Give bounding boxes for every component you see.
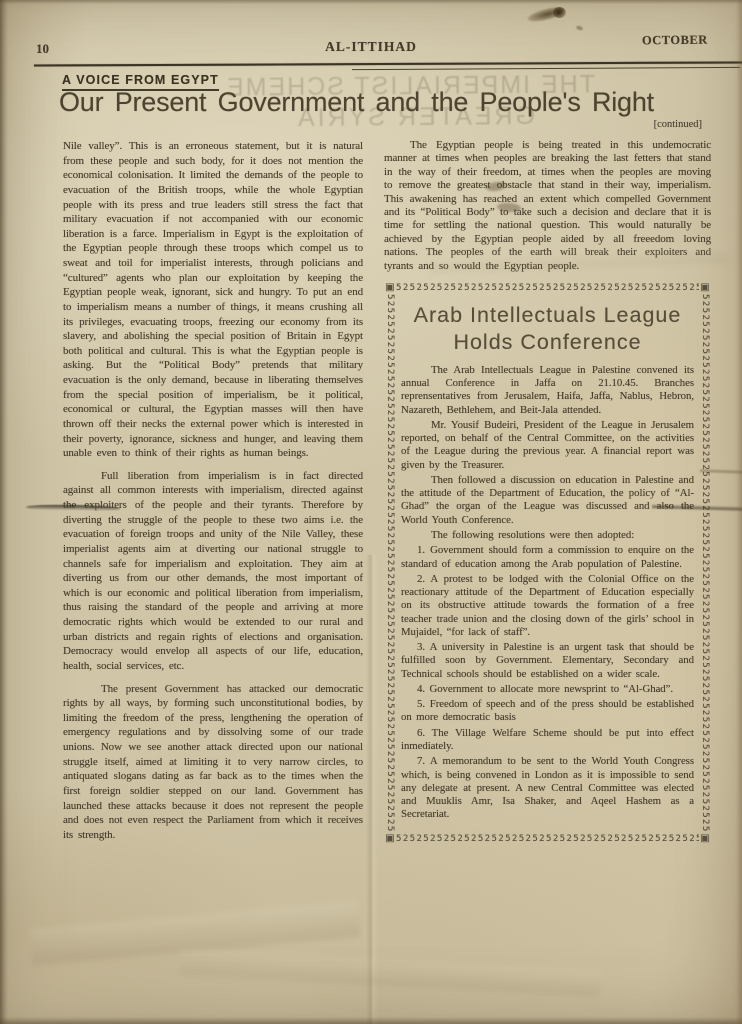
page-edge-shadow (736, 0, 742, 1024)
left-column: Nile valley”. This is an erroneous state… (63, 139, 363, 850)
meander-border-icon: 5252525252525252525252525252525252525252… (384, 294, 396, 833)
resolution-item: 3. A university in Palestine is an urgen… (401, 641, 694, 681)
border-corner-icon: ▣ (384, 833, 396, 845)
conference-article-box: 5252525252525252525252525252525252525252… (384, 282, 711, 845)
resolution-item: 1. Government should form a commission t… (401, 544, 694, 571)
masthead-title: AL-ITTIHAD (0, 39, 742, 55)
border-corner-icon: ▣ (699, 833, 711, 845)
ink-stain (526, 5, 566, 25)
conference-title-line2: Holds Conference (453, 330, 641, 354)
paper-fold (366, 555, 378, 1024)
paper-wrinkle (180, 949, 601, 997)
resolution-item: 6. The Village Welfare Scheme should be … (401, 727, 694, 754)
conference-paragraph: The Arab Intellectuals League in Palesti… (401, 364, 694, 417)
ink-stain (576, 25, 584, 31)
right-column: The Egyptian people is being treated in … (384, 139, 711, 845)
border-corner-icon: ▣ (384, 282, 396, 294)
article-headline: Our Present Government and the People's … (59, 87, 723, 118)
conference-paragraph: Mr. Yousif Budeiri, President of the Lea… (401, 419, 694, 472)
conference-paragraph: The following resolutions were then adop… (401, 529, 694, 542)
resolution-item: 5. Freedom of speech and of the press sh… (401, 698, 694, 725)
left-paragraph: Full liberation from imperialism is in f… (63, 469, 363, 674)
conference-title-line1: Arab Intellectuals League (414, 303, 682, 327)
resolution-item: 2. A protest to be lodged with the Colon… (401, 573, 694, 639)
meander-border-icon: 5252525252525252525252525252525252525252… (699, 294, 711, 833)
conference-box-body: The Arab Intellectuals League in Palesti… (401, 364, 694, 822)
border-corner-icon: ▣ (699, 282, 711, 294)
resolution-item: 4. Government to allocate more newsprint… (401, 683, 694, 696)
page-edge-shadow (0, 0, 742, 4)
meander-border-icon: 5252525252525252525252525252525252525252… (396, 833, 699, 845)
meander-border-icon: 5252525252525252525252525252525252525252… (396, 282, 699, 294)
right-intro-paragraph: The Egyptian people is being treated in … (384, 139, 711, 273)
left-paragraph: Nile valley”. This is an erroneous state… (63, 139, 363, 461)
issue-month: OCTOBER (642, 33, 708, 49)
ink-stain (553, 7, 566, 18)
newspaper-page: THE IMPERIALIST SCHEME GREATER SYRIA 10 … (0, 0, 742, 1024)
continued-note: [continued] (654, 119, 702, 130)
page-edge-shadow (0, 0, 8, 1024)
resolution-item: 7. A memorandum to be sent to the World … (401, 755, 694, 821)
conference-paragraph: Then followed a discussion on education … (401, 474, 694, 527)
header-rule (34, 61, 742, 66)
conference-box-title: Arab Intellectuals League Holds Conferen… (401, 302, 694, 356)
left-paragraph: The present Government has attacked our … (63, 682, 363, 843)
page-edge-shadow (0, 1017, 742, 1024)
header-rule-secondary (352, 67, 740, 71)
paper-wrinkle (29, 901, 361, 966)
